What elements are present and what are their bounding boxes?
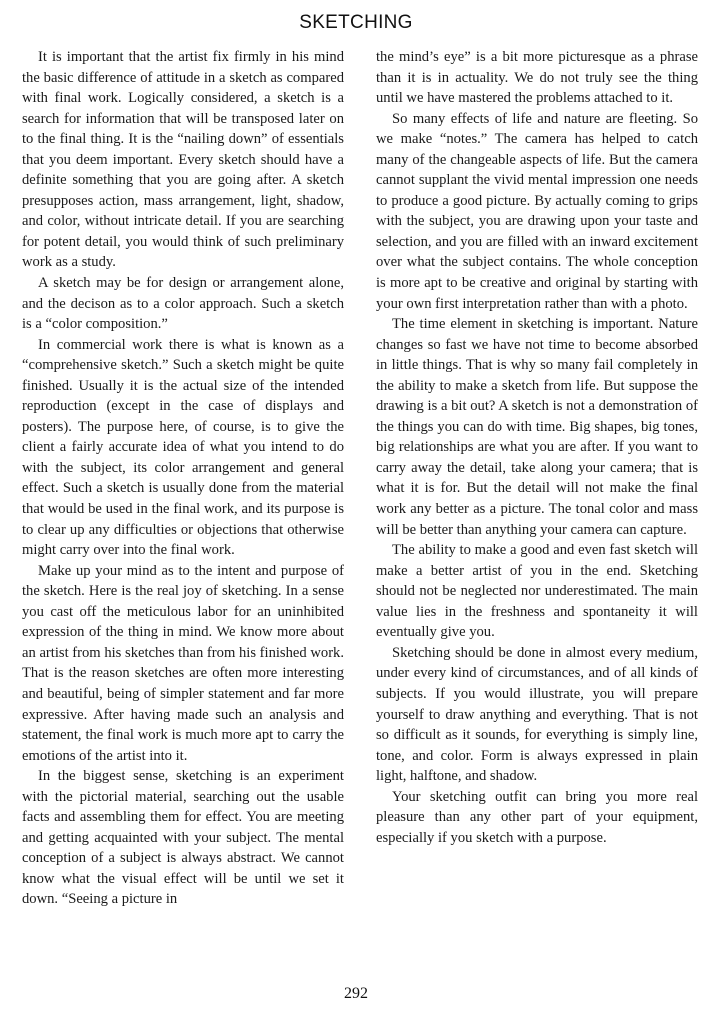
paragraph: The ability to make a good and even fast…	[376, 540, 698, 643]
paragraph: So many effects of life and nature are f…	[376, 109, 698, 314]
page-number: 292	[0, 984, 712, 1004]
continued-paragraph: the mind’s eye” is a bit more picturesqu…	[376, 47, 698, 109]
paragraph: Your sketching outfit can bring you more…	[376, 787, 698, 849]
paragraph: The time element in sketching is importa…	[376, 314, 698, 540]
paragraph: It is important that the artist fix firm…	[22, 47, 344, 273]
left-column: It is important that the artist fix firm…	[22, 47, 344, 910]
paragraph: Sketching should be done in almost every…	[376, 643, 698, 787]
paragraph: Make up your mind as to the intent and p…	[22, 561, 344, 766]
running-head: SKETCHING	[0, 11, 712, 35]
paragraph: In the biggest sense, sketching is an ex…	[22, 766, 344, 910]
paragraph: In commercial work there is what is know…	[22, 335, 344, 561]
paragraph: A sketch may be for design or arrangemen…	[22, 273, 344, 335]
right-column: the mind’s eye” is a bit more picturesqu…	[376, 47, 698, 848]
